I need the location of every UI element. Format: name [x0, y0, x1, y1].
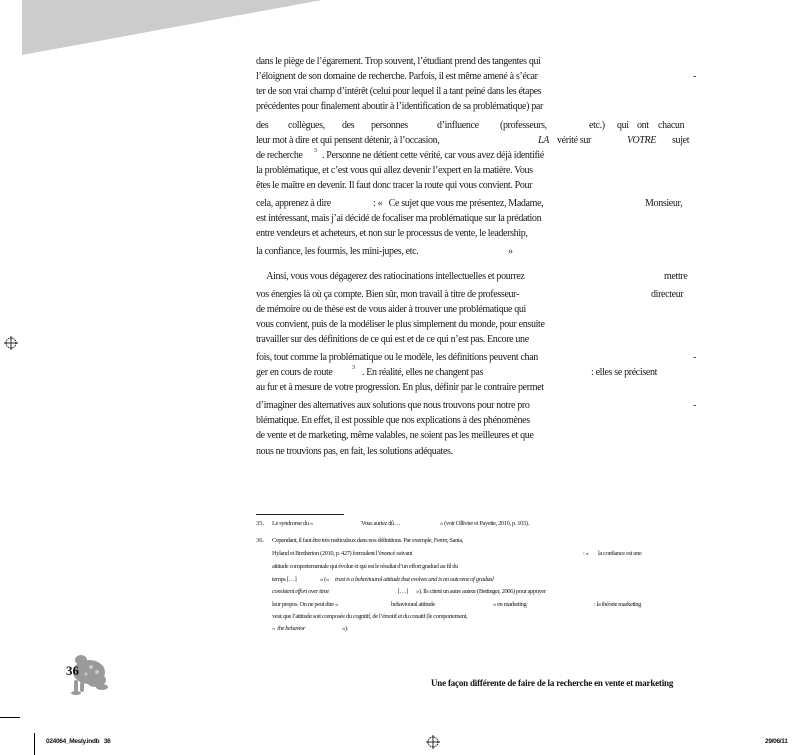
body-line: leur mot à dire et qui pensent détenir, …	[256, 135, 439, 147]
footnote-text: Hyland et Bretherton (2010, p. 427) form…	[272, 548, 412, 559]
footnote-text: » en marketing	[493, 599, 526, 610]
body-line: l’éloignent de son domaine de recherche.…	[256, 71, 538, 83]
emphasis-votre: VOTRE	[627, 135, 656, 147]
body-line: : « Ce sujet que vous me présentez, Mada…	[373, 198, 543, 210]
footnote-text: temps […]	[272, 574, 296, 585]
body-line: fois, tout comme la problématique ou le …	[256, 352, 538, 364]
body-line: d’imaginer des alternatives aux solution…	[256, 400, 530, 412]
hyphen: -	[693, 352, 696, 364]
footnote-number: 35.	[256, 518, 264, 529]
hyphen: -	[693, 400, 696, 412]
body-word: collègues,	[288, 120, 325, 132]
footnote-text: […]	[398, 586, 408, 597]
footnote-text: : la théorie marketing	[594, 599, 641, 610]
footnote-text: Cependant, il faut être très méticuleux …	[272, 535, 463, 546]
body-word: directeur	[651, 289, 683, 301]
footnote-text: veut que l’attitude soit composée du cog…	[272, 611, 467, 622]
body-line: la confiance, les fourmis, les mini-jupe…	[256, 246, 418, 258]
body-word: personnes	[371, 120, 408, 132]
body-line: . Personne ne détient cette vérité, car …	[322, 150, 544, 162]
body-line: travailler sur des définitions de ce qui…	[256, 334, 529, 346]
footnote-text: : «	[583, 548, 588, 559]
body-word: des	[256, 120, 268, 132]
hyphen: -	[693, 71, 696, 83]
body-line: est intéressant, mais j’ai décidé de foc…	[256, 213, 541, 225]
body-line: ger en cours de route	[256, 367, 333, 379]
header-band	[0, 0, 800, 60]
body-word: ont	[637, 120, 649, 132]
body-line: êtes le maître en devenir. Il faut donc …	[256, 180, 532, 192]
body-line: nous ne trouvions pas, en fait, les solu…	[256, 446, 453, 458]
body-line: : elles se précisent	[591, 367, 657, 379]
body-line: vos énergies là où ça compte. Bien sûr, …	[256, 289, 519, 301]
footnote-text: Vous auriez dû…	[361, 518, 400, 529]
body-line: vous convient, puis de la modéliser le p…	[256, 319, 545, 331]
body-line: au fur et à mesure de votre progression.…	[256, 382, 544, 394]
footnote-text: « the behavior	[272, 623, 305, 634]
body-line: cela, apprenez à dire	[256, 198, 331, 210]
footnote-text: attitude comportementale qui évolue et q…	[272, 561, 458, 572]
footnote-text: » («	[320, 574, 329, 585]
body-line: entre vendeurs et acheteurs, et non sur …	[256, 228, 528, 240]
crop-mark-vertical	[34, 733, 35, 755]
body-line: de mémoire ou de thèse est de vous aider…	[256, 304, 526, 316]
body-word: chacun	[658, 120, 684, 132]
body-line: de vente et de marketing, même valables,…	[256, 430, 533, 442]
body-word: vérité sur	[557, 135, 591, 147]
body-line: dans le piège de l’égarement. Trop souve…	[256, 56, 541, 68]
slug-filename: 024064_Mesly.indb 36	[46, 738, 110, 745]
body-line: de recherche	[256, 150, 303, 162]
registration-mark-icon	[4, 336, 18, 350]
body-word: qui	[617, 120, 629, 132]
body-line: . En réalité, elles ne changent pas	[362, 367, 483, 379]
body-word: mettre	[664, 271, 687, 283]
body-word: (professeurs,	[500, 120, 547, 132]
body-line: la problématique, et c’est vous qui alle…	[256, 165, 533, 177]
footnote-number: 36.	[256, 535, 264, 546]
footnote-text: »). Ils citent un autre auteur (Bettinge…	[416, 586, 546, 597]
registration-mark-icon	[426, 735, 440, 749]
footnote-text: »).	[342, 623, 348, 634]
footnote-text: » (voir Ollivier et Payette, 2010, p. 10…	[440, 518, 529, 529]
footnote-ref: 3	[352, 365, 355, 371]
body-word: etc.)	[589, 120, 605, 132]
footnote-rule	[256, 514, 344, 515]
body-line: précédentes pour finalement aboutir à l’…	[256, 101, 543, 113]
slug-date: 29/06/11	[765, 738, 788, 745]
page-number: 36	[66, 663, 79, 679]
closing-quote: »	[508, 246, 513, 258]
footnote-text: trust is a behavioural attitude that evo…	[335, 574, 494, 585]
footnote-ref: 3	[314, 148, 317, 154]
body-line: blématique. En effet, il est possible qu…	[256, 415, 530, 427]
running-title: Une façon différente de faire de la rech…	[431, 678, 673, 688]
crop-mark-horizontal	[0, 717, 20, 718]
footnote-text: Le syndrome du «	[272, 518, 313, 529]
footnote-text: la confiance est une	[598, 548, 641, 559]
emphasis-la: LA	[538, 135, 549, 147]
body-word: sujet	[672, 135, 689, 147]
body-line: Ainsi, vous vous dégagerez des ratiocina…	[256, 271, 525, 283]
header-band-shape	[22, 0, 322, 55]
body-word: des	[342, 120, 354, 132]
body-word: d’influence	[437, 120, 479, 132]
body-word: Monsieur,	[645, 198, 682, 210]
footnote-text: leur propos. On ne peut dire «	[272, 599, 338, 610]
footnote-text: behavioural attitude	[391, 599, 435, 610]
body-line: ter de son vrai champ d’intérêt (celui p…	[256, 86, 541, 98]
footnote-text: consistent effort over time	[272, 586, 329, 597]
